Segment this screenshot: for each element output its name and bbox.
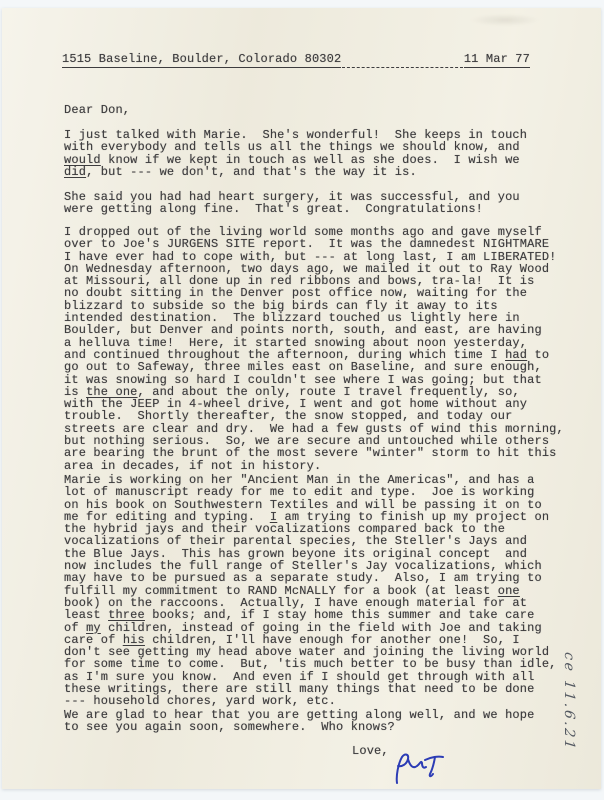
text-line: trouble. Shortly thereafter, the snow st… xyxy=(64,410,564,422)
text-line: area in decades, if not in history. xyxy=(64,460,564,472)
text-line: to see you again soon, somewhere. Who kn… xyxy=(64,721,534,733)
closing: Love, xyxy=(352,745,389,757)
paragraph: I just talked with Marie. She's wonderfu… xyxy=(64,129,527,178)
text-line: were getting along fine. That's great. C… xyxy=(64,203,520,215)
text-line: go out to Safeway, three miles east on B… xyxy=(64,361,564,373)
text-line: it was snowing so hard I couldn't see wh… xyxy=(64,374,564,386)
text-line: did, but --- we don't, and that's the wa… xyxy=(64,166,527,178)
text-line: --- household chores, yard work, etc. xyxy=(64,695,557,707)
letterhead-underscore-gap xyxy=(342,57,462,68)
text-line: may have to be pursued as a separate stu… xyxy=(64,572,557,584)
paragraph: She said you had had heart surgery, it w… xyxy=(64,191,520,216)
letter-date: 11 Mar 77 xyxy=(464,53,530,68)
text-line: no doubt sitting in the Denver post offi… xyxy=(64,287,564,299)
margin-note-accession: ce 11.6.21 xyxy=(561,651,577,793)
salutation: Dear Don, xyxy=(64,104,130,116)
text-line: over to Joe's JURGENS SITE report. It wa… xyxy=(64,238,564,250)
paragraph: I dropped out of the living world some m… xyxy=(64,226,564,472)
paragraph: Marie is working on her "Ancient Man in … xyxy=(64,474,557,708)
signature-pat-handwritten xyxy=(393,752,445,786)
text-line: for some time to come. But, 'tis much be… xyxy=(64,658,557,670)
text-line: are bearing the brunt of the most severe… xyxy=(64,447,564,459)
paragraph: We are glad to hear that you are getting… xyxy=(64,709,534,734)
text-line: with everybody and tells us all the thin… xyxy=(64,141,527,153)
return-address: 1515 Baseline, Boulder, Colorado 80302 xyxy=(62,53,341,68)
faint-stamp-smudge xyxy=(470,14,540,26)
text-line: lot of manuscript ready for me to edit a… xyxy=(64,486,557,498)
letter-page: 1515 Baseline, Boulder, Colorado 80302 1… xyxy=(2,8,601,789)
text-line: Boulder, but Denver and points north, so… xyxy=(64,324,564,336)
text-line: least three books; and, if I stay home t… xyxy=(64,609,557,621)
letterhead: 1515 Baseline, Boulder, Colorado 80302 1… xyxy=(62,53,530,68)
text-line: vocalizations of their parental species,… xyxy=(64,535,557,547)
